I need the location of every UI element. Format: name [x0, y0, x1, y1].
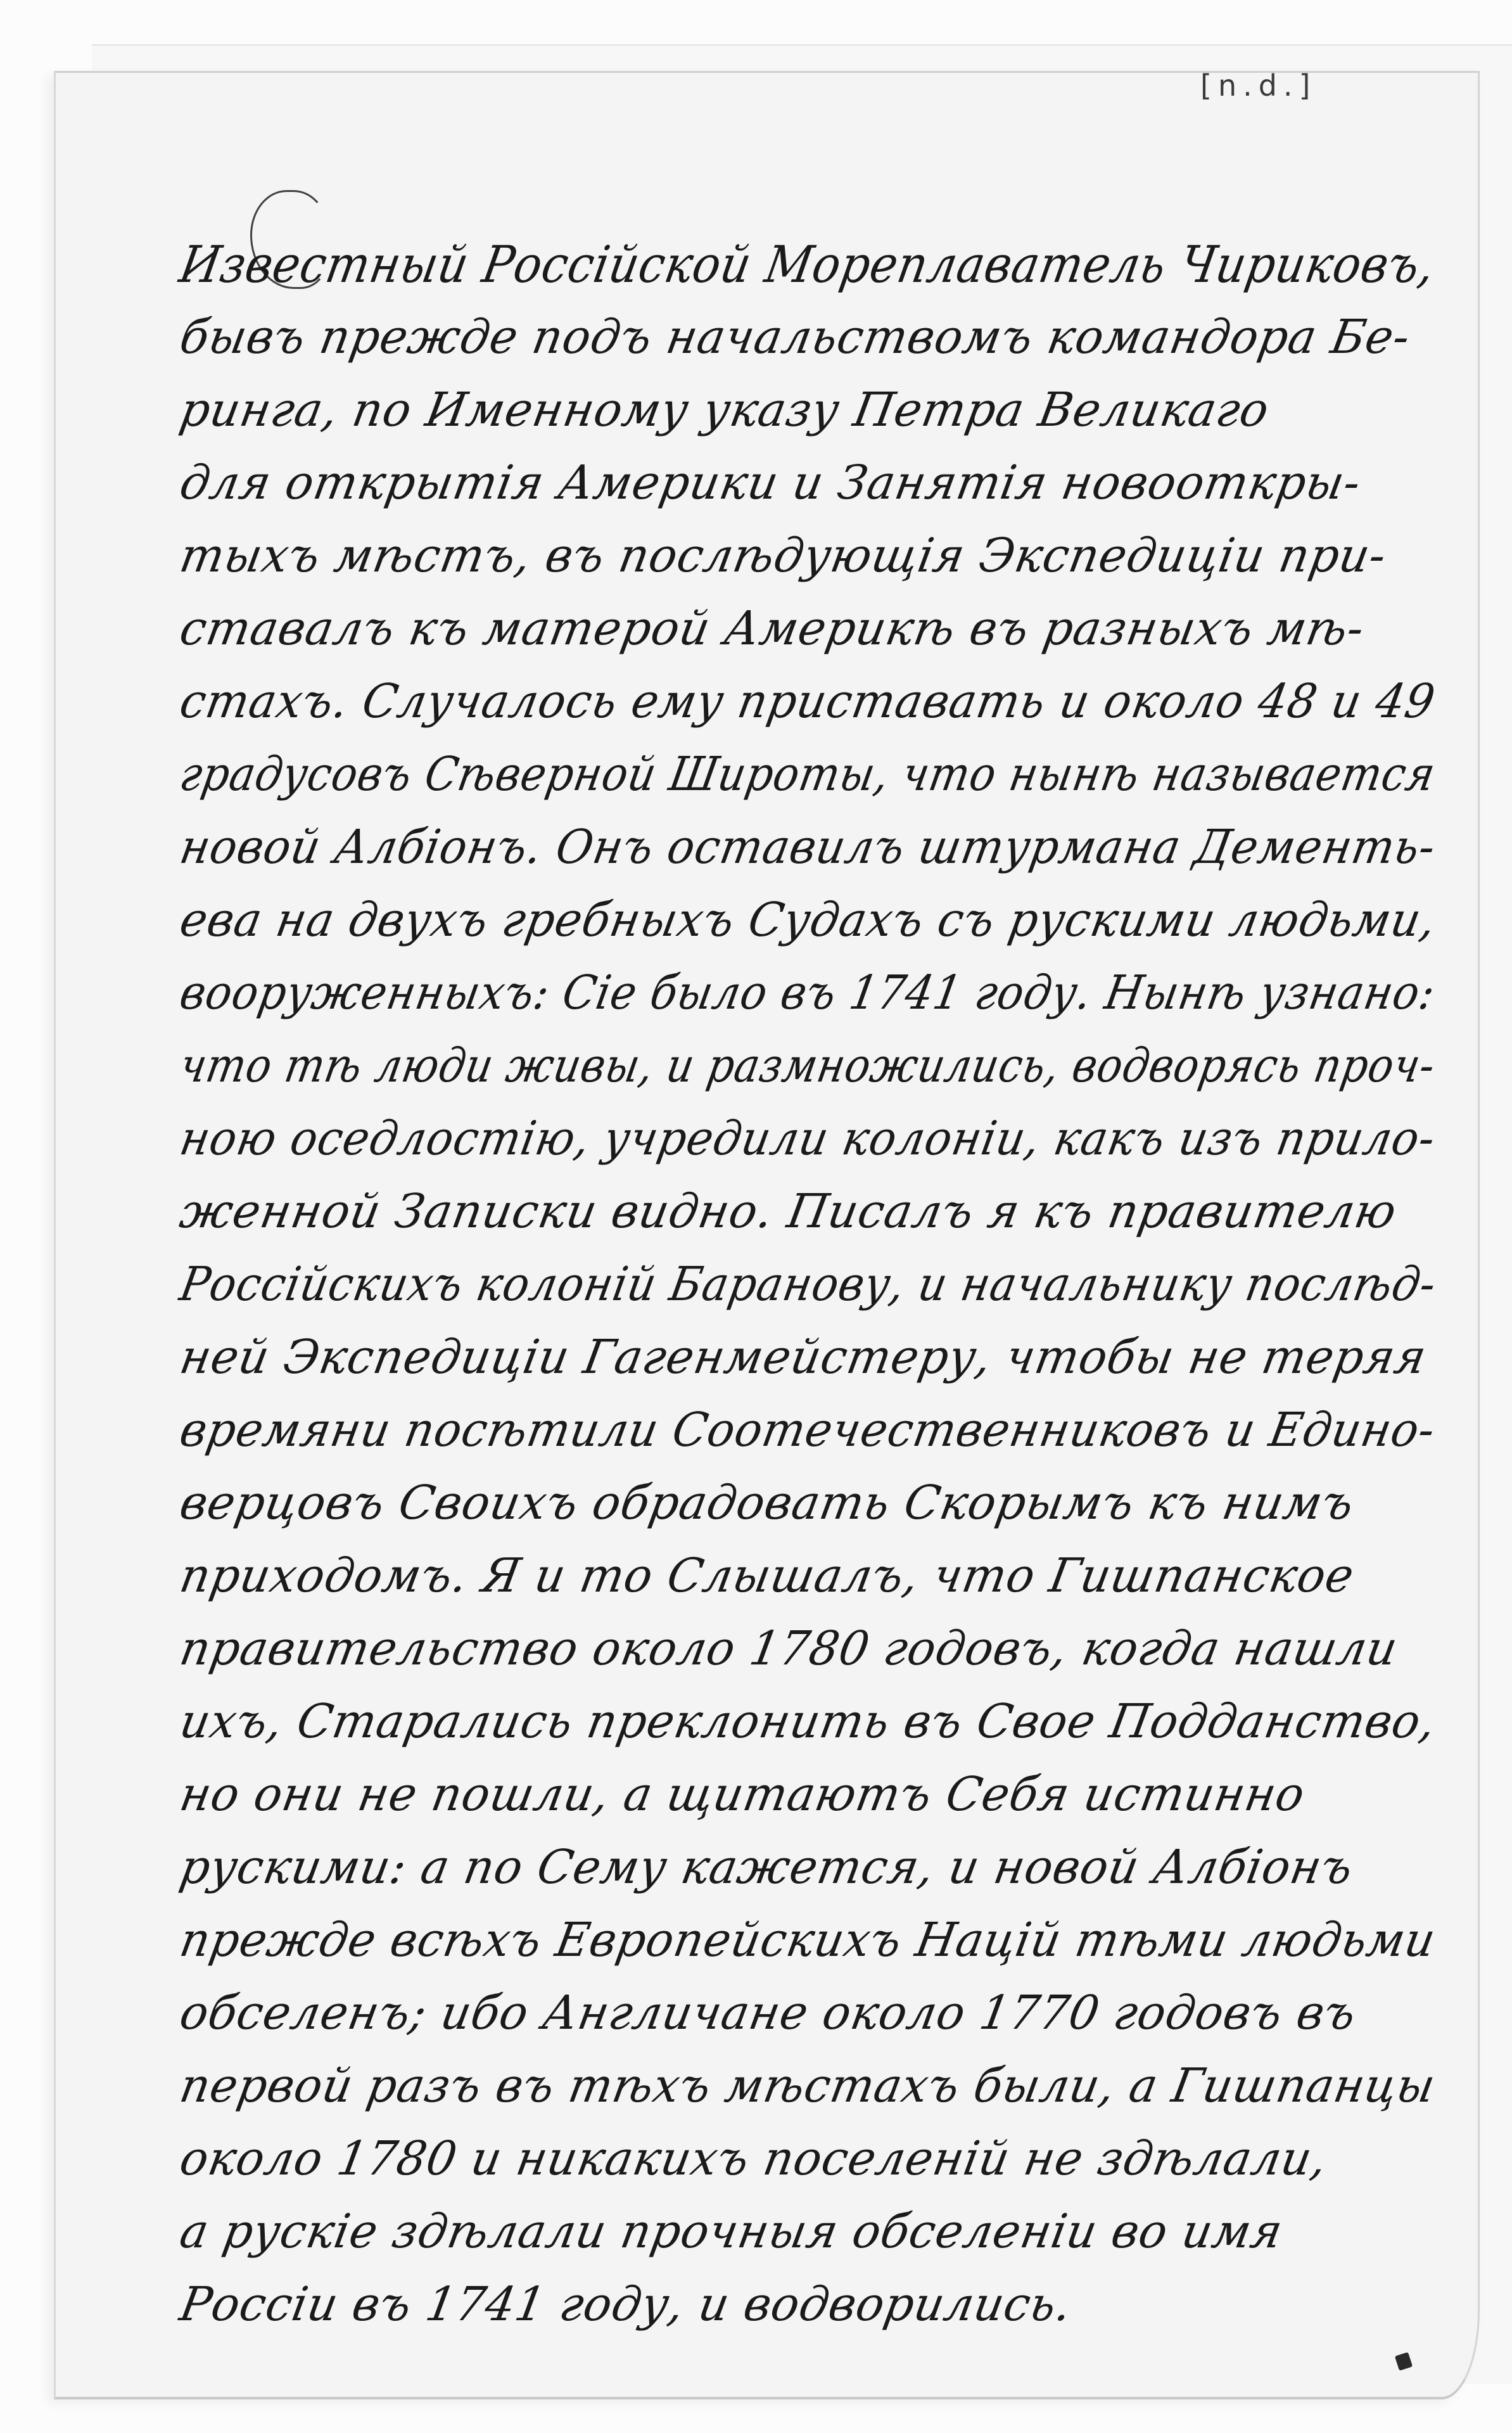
- manuscript-line: ева на двухъ гребныхъ Судахъ съ рускими …: [174, 884, 1418, 957]
- manuscript-line: обселенъ; ибо Англичане около 1770 годов…: [174, 1977, 1441, 2050]
- manuscript-line: Россійскихъ колоній Баранову, и начальни…: [174, 1248, 1370, 1321]
- manuscript-line: прежде всѣхъ Европейскихъ Націй тѣми люд…: [174, 1904, 1428, 1977]
- manuscript-line: верцовъ Своихъ обрадовать Скорымъ къ ним…: [174, 1467, 1441, 1540]
- manuscript-line: женной Записки видно. Писалъ я къ правит…: [174, 1175, 1441, 1248]
- manuscript-line: градусовъ Сѣверной Широты, что нынѣ назы…: [174, 738, 1342, 811]
- manuscript-line: правительство около 1780 годовъ, когда н…: [174, 1612, 1441, 1685]
- manuscript-line: тыхъ мѣстъ, въ послѣдующія Экспедиціи пр…: [174, 520, 1441, 592]
- manuscript-line: ставалъ къ матерой Америкѣ въ разныхъ мѣ…: [174, 592, 1441, 665]
- manuscript-line: Россіи въ 1741 году, и водворились.: [174, 2268, 1441, 2341]
- archival-annotation: [n.d.]: [1200, 68, 1317, 103]
- manuscript-line: Известный Россійской Мореплаватель Чирик…: [174, 228, 1340, 301]
- manuscript-line: ней Экспедиціи Гагенмейстеру, чтобы не т…: [174, 1321, 1441, 1394]
- manuscript-line: ринга, по Именному указу Петра Великаго: [174, 374, 1441, 447]
- manuscript-line: но они не пошли, а щитаютъ Себя истинно: [174, 1758, 1441, 1831]
- manuscript-line: бывъ прежде подъ начальствомъ командора …: [174, 301, 1441, 374]
- manuscript-line: времяни посѣтили Соотечественниковъ и Ед…: [174, 1394, 1411, 1467]
- manuscript-line: что тѣ люди живы, и размножились, водвор…: [174, 1030, 1318, 1102]
- manuscript-line: новой Албіонъ. Онъ оставилъ штурмана Дем…: [174, 811, 1401, 884]
- manuscript-line: а рускіе здѣлали прочныя обселеніи во им…: [174, 2195, 1441, 2268]
- manuscript-line: для открытія Америки и Занятія новооткры…: [174, 447, 1441, 520]
- manuscript-line: приходомъ. Я и то Слышалъ, что Гишпанско…: [174, 1540, 1441, 1612]
- manuscript-text-body: Известный Россійской Мореплаватель Чирик…: [174, 228, 1460, 2341]
- manuscript-line: рускими: а по Сему кажется, и новой Албі…: [174, 1831, 1441, 1904]
- manuscript-line: ихъ, Старались преклонить въ Свое Поддан…: [174, 1685, 1433, 1758]
- manuscript-line: ною оседлостію, учредили колоніи, какъ и…: [174, 1102, 1392, 1175]
- manuscript-line: около 1780 и никакихъ поселеній не здѣла…: [174, 2123, 1441, 2195]
- manuscript-line: первой разъ въ тѣхъ мѣстахъ были, а Гишп…: [174, 2050, 1433, 2123]
- manuscript-line: вооруженныхъ: Сіе было въ 1741 году. Нын…: [174, 957, 1361, 1030]
- manuscript-line: стахъ. Случалось ему приставать и около …: [174, 665, 1418, 738]
